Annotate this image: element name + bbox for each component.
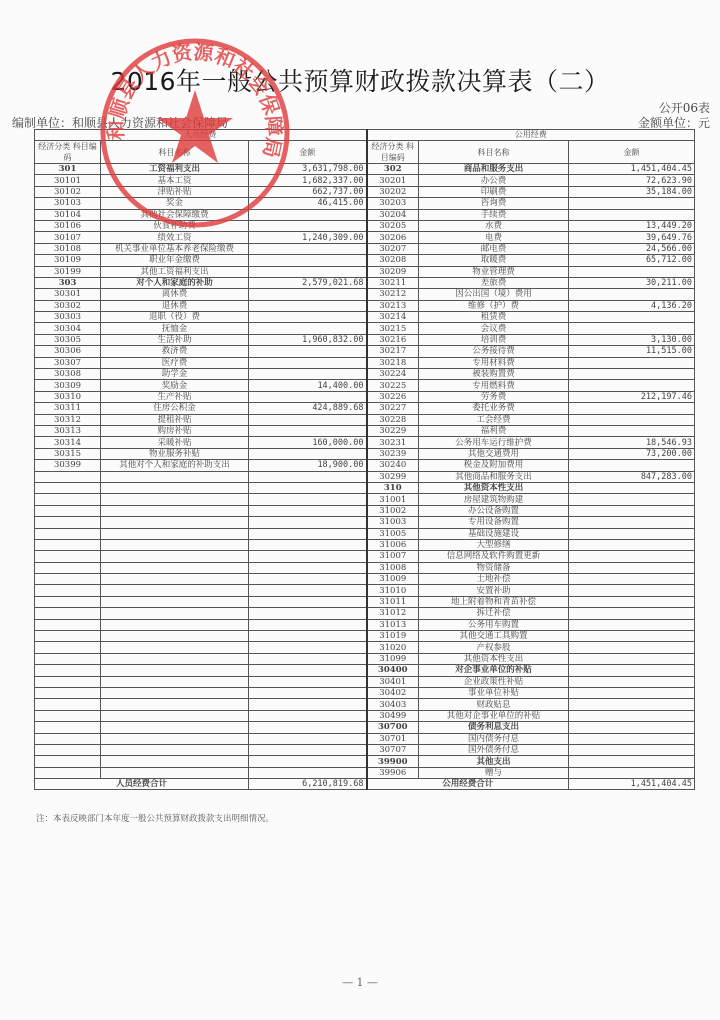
row-name: 基础设施建设	[419, 528, 569, 539]
row-code: 30106	[35, 220, 101, 231]
row-name	[101, 744, 249, 755]
table-row: 30199其他工资福利支出30209物业管理费	[35, 266, 695, 277]
row-name: 福利费	[419, 425, 569, 436]
row-name: 其他商品和服务支出	[419, 471, 569, 482]
row-code: 30216	[367, 334, 419, 345]
table-row: 30305生活补助1,960,832.0030216培训费3,130.00	[35, 334, 695, 345]
personnel-expense-header: 人员经费	[35, 130, 367, 141]
row-code: 30239	[367, 448, 419, 459]
row-code: 30700	[367, 722, 419, 733]
table-row: 31002办公设备购置	[35, 505, 695, 516]
row-name: 劳务费	[419, 391, 569, 402]
row-code: 30207	[367, 243, 419, 254]
row-amount	[249, 767, 367, 778]
row-name: 培训费	[419, 334, 569, 345]
table-row: 30303退职（役）费30214租赁费	[35, 312, 695, 323]
row-name: 办公设备购置	[419, 505, 569, 516]
table-row: 30104其他社会保障缴费30204手续费	[35, 209, 695, 220]
row-code: 30312	[35, 414, 101, 425]
row-amount	[569, 369, 695, 380]
row-name	[101, 619, 249, 630]
row-name	[101, 517, 249, 528]
row-amount: 72,623.90	[569, 175, 695, 186]
row-code	[35, 539, 101, 550]
row-amount	[569, 687, 695, 698]
row-name: 其他资本性支出	[419, 482, 569, 493]
row-amount	[569, 574, 695, 585]
table-row: 30311住房公积金424,889.6830227委托业务费	[35, 403, 695, 414]
row-amount: 160,000.00	[249, 437, 367, 448]
row-amount	[249, 710, 367, 721]
row-name: 国内债务付息	[419, 733, 569, 744]
row-name: 其他社会保障缴费	[101, 209, 249, 220]
row-amount	[249, 722, 367, 733]
personnel-total-label: 人员经费合计	[35, 779, 249, 790]
row-code: 39906	[367, 767, 419, 778]
row-code: 30203	[367, 198, 419, 209]
row-amount	[569, 528, 695, 539]
row-code: 30310	[35, 391, 101, 402]
row-amount: 662,737.00	[249, 186, 367, 197]
row-code: 30399	[35, 460, 101, 471]
table-row: 30400对企事业单位的补贴	[35, 665, 695, 676]
row-amount	[569, 562, 695, 573]
row-name	[101, 710, 249, 721]
row-amount	[569, 482, 695, 493]
row-name: 退职（役）费	[101, 312, 249, 323]
row-amount	[249, 631, 367, 642]
row-code: 30707	[367, 744, 419, 755]
budget-table: 人员经费 公用经费 经济分类 科目编码 科目名称 金额 经济分类 科目编码 科目…	[34, 129, 695, 790]
row-name: 财政贴息	[419, 699, 569, 710]
row-amount	[249, 312, 367, 323]
row-name: 信息网络及软件购置更新	[419, 551, 569, 562]
row-name: 因公出国（境）费用	[419, 289, 569, 300]
row-amount: 30,211.00	[569, 277, 695, 288]
row-code: 30204	[367, 209, 419, 220]
row-name: 奖励金	[101, 380, 249, 391]
row-name: 租赁费	[419, 312, 569, 323]
row-amount: 39,649.76	[569, 232, 695, 243]
row-amount	[569, 585, 695, 596]
row-amount	[249, 505, 367, 516]
row-amount	[249, 482, 367, 493]
row-amount	[569, 619, 695, 630]
row-amount: 1,682,337.00	[249, 175, 367, 186]
row-code: 30208	[367, 255, 419, 266]
row-code	[35, 744, 101, 755]
row-name	[101, 756, 249, 767]
col-header-amount: 金额	[249, 141, 367, 164]
row-name: 咨询费	[419, 198, 569, 209]
row-name	[101, 665, 249, 676]
table-row: 30102津贴补贴662,737.0030202印刷费35,184.00	[35, 186, 695, 197]
row-amount	[249, 551, 367, 562]
row-code: 31013	[367, 619, 419, 630]
row-name: 助学金	[101, 369, 249, 380]
row-name: 水费	[419, 220, 569, 231]
row-amount	[569, 767, 695, 778]
table-row: 30314采暖补贴160,000.0030231公务用车运行维护费18,546.…	[35, 437, 695, 448]
row-amount: 2,579,021.68	[249, 277, 367, 288]
row-amount: 11,515.00	[569, 346, 695, 357]
row-name: 奖金	[101, 198, 249, 209]
row-amount	[249, 243, 367, 254]
totals-row: 人员经费合计6,210,819.68公用经费合计1,451,404.45	[35, 779, 695, 790]
table-row: 31001房屋建筑物购建	[35, 494, 695, 505]
row-name: 物业管理费	[419, 266, 569, 277]
row-amount	[249, 528, 367, 539]
table-row: 31020产权参股	[35, 642, 695, 653]
row-amount	[569, 665, 695, 676]
row-name	[101, 539, 249, 550]
row-code: 30107	[35, 232, 101, 243]
row-name: 产权参股	[419, 642, 569, 653]
table-row: 30299其他商品和服务支出847,283.00	[35, 471, 695, 482]
row-name: 其他支出	[419, 756, 569, 767]
row-name	[101, 482, 249, 493]
table-row: 30307医疗费30218专用材料费	[35, 357, 695, 368]
row-amount: 1,960,832.00	[249, 334, 367, 345]
row-code: 30314	[35, 437, 101, 448]
personnel-total-amount: 6,210,819.68	[249, 779, 367, 790]
table-row: 31009土地补偿	[35, 574, 695, 585]
row-code: 30202	[367, 186, 419, 197]
row-name: 其他对个人和家庭的补助支出	[101, 460, 249, 471]
row-amount	[249, 539, 367, 550]
row-code: 303	[35, 277, 101, 288]
table-row: 310其他资本性支出	[35, 482, 695, 493]
row-name: 提租补贴	[101, 414, 249, 425]
row-amount	[569, 403, 695, 414]
row-amount	[569, 517, 695, 528]
row-name: 生活补助	[101, 334, 249, 345]
row-name	[101, 596, 249, 607]
row-amount	[249, 494, 367, 505]
row-name	[101, 699, 249, 710]
row-amount	[249, 266, 367, 277]
row-name: 国外债务付息	[419, 744, 569, 755]
public-expense-header: 公用经费	[367, 130, 695, 141]
row-code: 30313	[35, 425, 101, 436]
row-code: 31009	[367, 574, 419, 585]
row-code: 30213	[367, 300, 419, 311]
row-amount	[569, 631, 695, 642]
row-code: 301	[35, 164, 101, 175]
row-amount	[569, 699, 695, 710]
table-row: 30401企业政策性补贴	[35, 676, 695, 687]
table-row: 31011地上附着物和青苗补偿	[35, 596, 695, 607]
row-name: 办公费	[419, 175, 569, 186]
row-amount	[569, 209, 695, 220]
row-amount	[249, 323, 367, 334]
row-amount	[249, 369, 367, 380]
row-name	[101, 642, 249, 653]
row-name: 其他对企事业单位的补贴	[419, 710, 569, 721]
row-code: 30212	[367, 289, 419, 300]
row-name	[101, 528, 249, 539]
row-code: 30231	[367, 437, 419, 448]
row-name: 税金及附加费用	[419, 460, 569, 471]
table-row: 30107绩效工资1,240,309.0030206电费39,649.76	[35, 232, 695, 243]
row-amount	[249, 448, 367, 459]
row-amount	[569, 312, 695, 323]
row-amount	[249, 608, 367, 619]
row-name	[101, 767, 249, 778]
row-name: 其他交通工具购置	[419, 631, 569, 642]
row-name: 债务利息支出	[419, 722, 569, 733]
row-code	[35, 676, 101, 687]
page-number: — 1 —	[0, 976, 720, 989]
row-code: 30217	[367, 346, 419, 357]
row-name: 邮电费	[419, 243, 569, 254]
row-amount	[249, 733, 367, 744]
row-name: 对个人和家庭的补助	[101, 277, 249, 288]
row-code: 30211	[367, 277, 419, 288]
row-code: 30205	[367, 220, 419, 231]
row-name: 专用材料费	[419, 357, 569, 368]
row-code: 30402	[367, 687, 419, 698]
row-amount	[569, 414, 695, 425]
table-row: 30106伙食补助费30205水费13,449.20	[35, 220, 695, 231]
row-code: 31019	[367, 631, 419, 642]
table-row: 30101基本工资1,682,337.0030201办公费72,623.90	[35, 175, 695, 186]
row-code	[35, 642, 101, 653]
row-amount	[569, 653, 695, 664]
row-code	[35, 608, 101, 619]
table-row: 31013公务用车购置	[35, 619, 695, 630]
row-code: 30403	[367, 699, 419, 710]
row-code	[35, 505, 101, 516]
row-name	[101, 687, 249, 698]
row-name: 其他交通费用	[419, 448, 569, 459]
table-row: 30309奖励金14,400.0030225专用燃料费	[35, 380, 695, 391]
row-name: 医疗费	[101, 357, 249, 368]
row-name: 住房公积金	[101, 403, 249, 414]
row-code	[35, 494, 101, 505]
row-code: 30315	[35, 448, 101, 459]
row-name	[101, 653, 249, 664]
row-name	[101, 551, 249, 562]
row-code: 30302	[35, 300, 101, 311]
row-code: 30215	[367, 323, 419, 334]
row-name	[101, 562, 249, 573]
row-amount: 3,130.00	[569, 334, 695, 345]
row-code: 30240	[367, 460, 419, 471]
row-amount	[249, 665, 367, 676]
row-amount	[249, 471, 367, 482]
row-code: 30225	[367, 380, 419, 391]
table-row: 30700债务利息支出	[35, 722, 695, 733]
row-code: 31020	[367, 642, 419, 653]
row-code: 30304	[35, 323, 101, 334]
table-row: 30402事业单位补贴	[35, 687, 695, 698]
row-amount	[569, 505, 695, 516]
row-code: 30108	[35, 243, 101, 254]
row-amount	[569, 460, 695, 471]
row-code: 30701	[367, 733, 419, 744]
table-row: 30304抚恤金30215会议费	[35, 323, 695, 334]
row-name: 绩效工资	[101, 232, 249, 243]
row-name: 抚恤金	[101, 323, 249, 334]
row-amount	[569, 733, 695, 744]
table-row: 303对个人和家庭的补助2,579,021.6830211差旅费30,211.0…	[35, 277, 695, 288]
table-row: 31010安置补助	[35, 585, 695, 596]
public-total-amount: 1,451,404.45	[569, 779, 695, 790]
row-code: 30214	[367, 312, 419, 323]
col-header-code: 经济分类 科目编码	[35, 141, 101, 164]
row-code	[35, 551, 101, 562]
row-amount	[249, 699, 367, 710]
table-row: 30306救济费30217公务接待费11,515.00	[35, 346, 695, 357]
row-code: 30309	[35, 380, 101, 391]
row-name: 工资福利支出	[101, 164, 249, 175]
row-code	[35, 517, 101, 528]
row-name: 大型修缮	[419, 539, 569, 550]
row-name: 会议费	[419, 323, 569, 334]
col-header-name: 科目名称	[419, 141, 569, 164]
table-row: 30707国外债务付息	[35, 744, 695, 755]
row-amount	[569, 710, 695, 721]
row-amount	[569, 608, 695, 619]
row-name	[101, 494, 249, 505]
row-name	[101, 471, 249, 482]
row-amount	[249, 300, 367, 311]
row-amount	[249, 289, 367, 300]
group-header-row: 人员经费 公用经费	[35, 130, 695, 141]
row-name	[101, 733, 249, 744]
row-code: 302	[367, 164, 419, 175]
row-amount: 13,449.20	[569, 220, 695, 231]
row-name: 安置补助	[419, 585, 569, 596]
row-code	[35, 631, 101, 642]
col-header-code: 经济分类 科目编码	[367, 141, 419, 164]
row-name: 物业服务补贴	[101, 448, 249, 459]
row-amount	[249, 220, 367, 231]
row-code: 30206	[367, 232, 419, 243]
row-amount: 4,136.20	[569, 300, 695, 311]
table-row: 30103奖金46,415.0030203咨询费	[35, 198, 695, 209]
row-amount	[569, 596, 695, 607]
row-code: 30228	[367, 414, 419, 425]
row-amount	[249, 687, 367, 698]
row-name: 退休费	[101, 300, 249, 311]
row-amount	[569, 425, 695, 436]
row-amount	[249, 676, 367, 687]
table-row: 30312提租补贴30228工会经费	[35, 414, 695, 425]
row-name: 其他工资福利支出	[101, 266, 249, 277]
row-name: 购房补贴	[101, 425, 249, 436]
row-name: 商品和服务支出	[419, 164, 569, 175]
row-name: 公务接待费	[419, 346, 569, 357]
row-amount: 18,900.00	[249, 460, 367, 471]
row-amount	[249, 517, 367, 528]
row-code	[35, 687, 101, 698]
row-amount	[249, 357, 367, 368]
row-code: 31008	[367, 562, 419, 573]
footnote: 注：本表反映部门本年度一般公共预算财政拨款支出明细情况。	[36, 812, 274, 824]
table-row: 31003专用设备购置	[35, 517, 695, 528]
row-code: 30101	[35, 175, 101, 186]
row-name	[101, 585, 249, 596]
row-code: 30299	[367, 471, 419, 482]
row-amount: 73,200.00	[569, 448, 695, 459]
row-code: 30301	[35, 289, 101, 300]
row-amount	[569, 380, 695, 391]
row-amount	[569, 357, 695, 368]
row-code: 30303	[35, 312, 101, 323]
row-amount: 46,415.00	[249, 198, 367, 209]
row-amount	[569, 551, 695, 562]
row-code: 31003	[367, 517, 419, 528]
row-amount	[249, 574, 367, 585]
row-code	[35, 665, 101, 676]
row-amount	[569, 722, 695, 733]
table-row: 31005基础设施建设	[35, 528, 695, 539]
row-code	[35, 619, 101, 630]
row-code: 31011	[367, 596, 419, 607]
row-code: 30226	[367, 391, 419, 402]
row-amount	[249, 756, 367, 767]
row-name: 土地补偿	[419, 574, 569, 585]
row-name: 拆迁补偿	[419, 608, 569, 619]
row-amount	[569, 744, 695, 755]
row-code: 30103	[35, 198, 101, 209]
row-code: 30308	[35, 369, 101, 380]
row-code: 30199	[35, 266, 101, 277]
row-name: 赠与	[419, 767, 569, 778]
row-code: 39900	[367, 756, 419, 767]
col-header-name: 科目名称	[101, 141, 249, 164]
row-name: 离休费	[101, 289, 249, 300]
row-code	[35, 733, 101, 744]
row-code: 31002	[367, 505, 419, 516]
row-amount	[249, 414, 367, 425]
row-amount	[249, 391, 367, 402]
table-row: 30403财政贴息	[35, 699, 695, 710]
row-code	[35, 562, 101, 573]
row-amount: 24,566.00	[569, 243, 695, 254]
row-code: 31099	[367, 653, 419, 664]
row-code: 31005	[367, 528, 419, 539]
row-name: 其他资本性支出	[419, 653, 569, 664]
row-name	[101, 676, 249, 687]
row-code: 30229	[367, 425, 419, 436]
row-name: 救济费	[101, 346, 249, 357]
row-name	[101, 608, 249, 619]
row-amount: 14,400.00	[249, 380, 367, 391]
table-row: 31006大型修缮	[35, 539, 695, 550]
table-row: 301工资福利支出3,631,798.00302商品和服务支出1,451,404…	[35, 164, 695, 175]
row-code: 30109	[35, 255, 101, 266]
row-name: 公务用车运行维护费	[419, 437, 569, 448]
row-amount	[569, 642, 695, 653]
row-code: 31012	[367, 608, 419, 619]
row-name: 津贴补贴	[101, 186, 249, 197]
row-name: 印刷费	[419, 186, 569, 197]
row-amount	[249, 255, 367, 266]
row-amount: 424,889.68	[249, 403, 367, 414]
table-row: 30499其他对企事业单位的补贴	[35, 710, 695, 721]
row-code	[35, 699, 101, 710]
table-row: 30109职业年金缴费30208取暖费65,712.00	[35, 255, 695, 266]
row-amount	[569, 494, 695, 505]
row-amount	[569, 323, 695, 334]
row-amount	[569, 198, 695, 209]
row-code: 31007	[367, 551, 419, 562]
row-code: 30499	[367, 710, 419, 721]
row-amount	[249, 209, 367, 220]
